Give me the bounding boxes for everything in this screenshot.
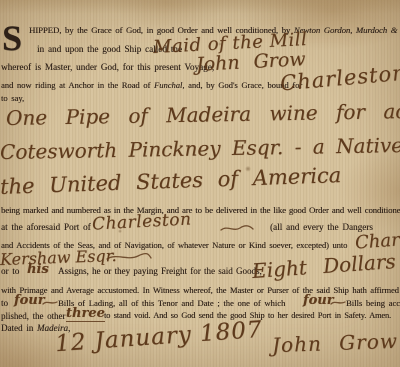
handwritten-pronoun: his xyxy=(27,262,49,277)
printed-line-assigns: Assigns, he or they paying Freight for t… xyxy=(58,266,262,276)
shipper-names: Newton Gordon, Murdoch & Scott, xyxy=(294,25,400,35)
printed-text-the-other: plished, the other xyxy=(1,311,65,321)
printed-text-accomplished: Bills being accom- xyxy=(346,298,400,308)
printed-text: Dated in xyxy=(1,323,33,333)
printed-line-or-to: or to xyxy=(1,266,19,276)
printed-line-dangers: (all and every the Dangers xyxy=(270,222,373,232)
pen-squiggle xyxy=(220,224,254,233)
lading-port-name: Funchal, xyxy=(154,80,184,90)
handwritten-cargo-line-1: One Pipe of Madeira wine for account xyxy=(6,98,400,130)
handwritten-freight-amount: Eight Dollars xyxy=(251,249,396,283)
printed-line-marked-numbered: being marked and numbered as in the Marg… xyxy=(1,205,400,215)
handwritten-port-name: Charleston xyxy=(92,209,192,234)
pen-flourish xyxy=(106,252,152,262)
printed-line-to-say: to say, xyxy=(1,93,24,103)
bill-of-lading-document: S HIPPED, by the Grace of God, in good O… xyxy=(0,0,400,367)
handwritten-void-count: three xyxy=(66,306,105,322)
handwritten-cargo-line-3: the United States of America xyxy=(0,163,342,199)
handwritten-bills-count-1: four xyxy=(14,293,45,308)
pen-flourish xyxy=(42,299,58,306)
pen-flourish xyxy=(330,299,346,306)
printed-line-master: whereof is Master, under God, for this p… xyxy=(1,62,214,72)
printed-text-to: to xyxy=(1,298,8,308)
printed-text: and now riding at Anchor in the Road of xyxy=(1,80,150,90)
signature: John Grow xyxy=(272,329,399,357)
printed-line-primage: with Primage and Average accustomed. In … xyxy=(1,285,399,295)
handwritten-cargo-line-2: Cotesworth Pinckney Esqr. - a Native Cit… xyxy=(0,132,400,164)
drop-cap-initial: S xyxy=(2,20,22,56)
handwritten-bills-count-2: four xyxy=(303,293,334,308)
printed-line-aforesaid-port: at the aforesaid Port of xyxy=(1,222,91,232)
handwritten-date: 12 January 1807 xyxy=(54,317,263,357)
printed-line-anchor: and now riding at Anchor in the Road of … xyxy=(1,80,302,90)
